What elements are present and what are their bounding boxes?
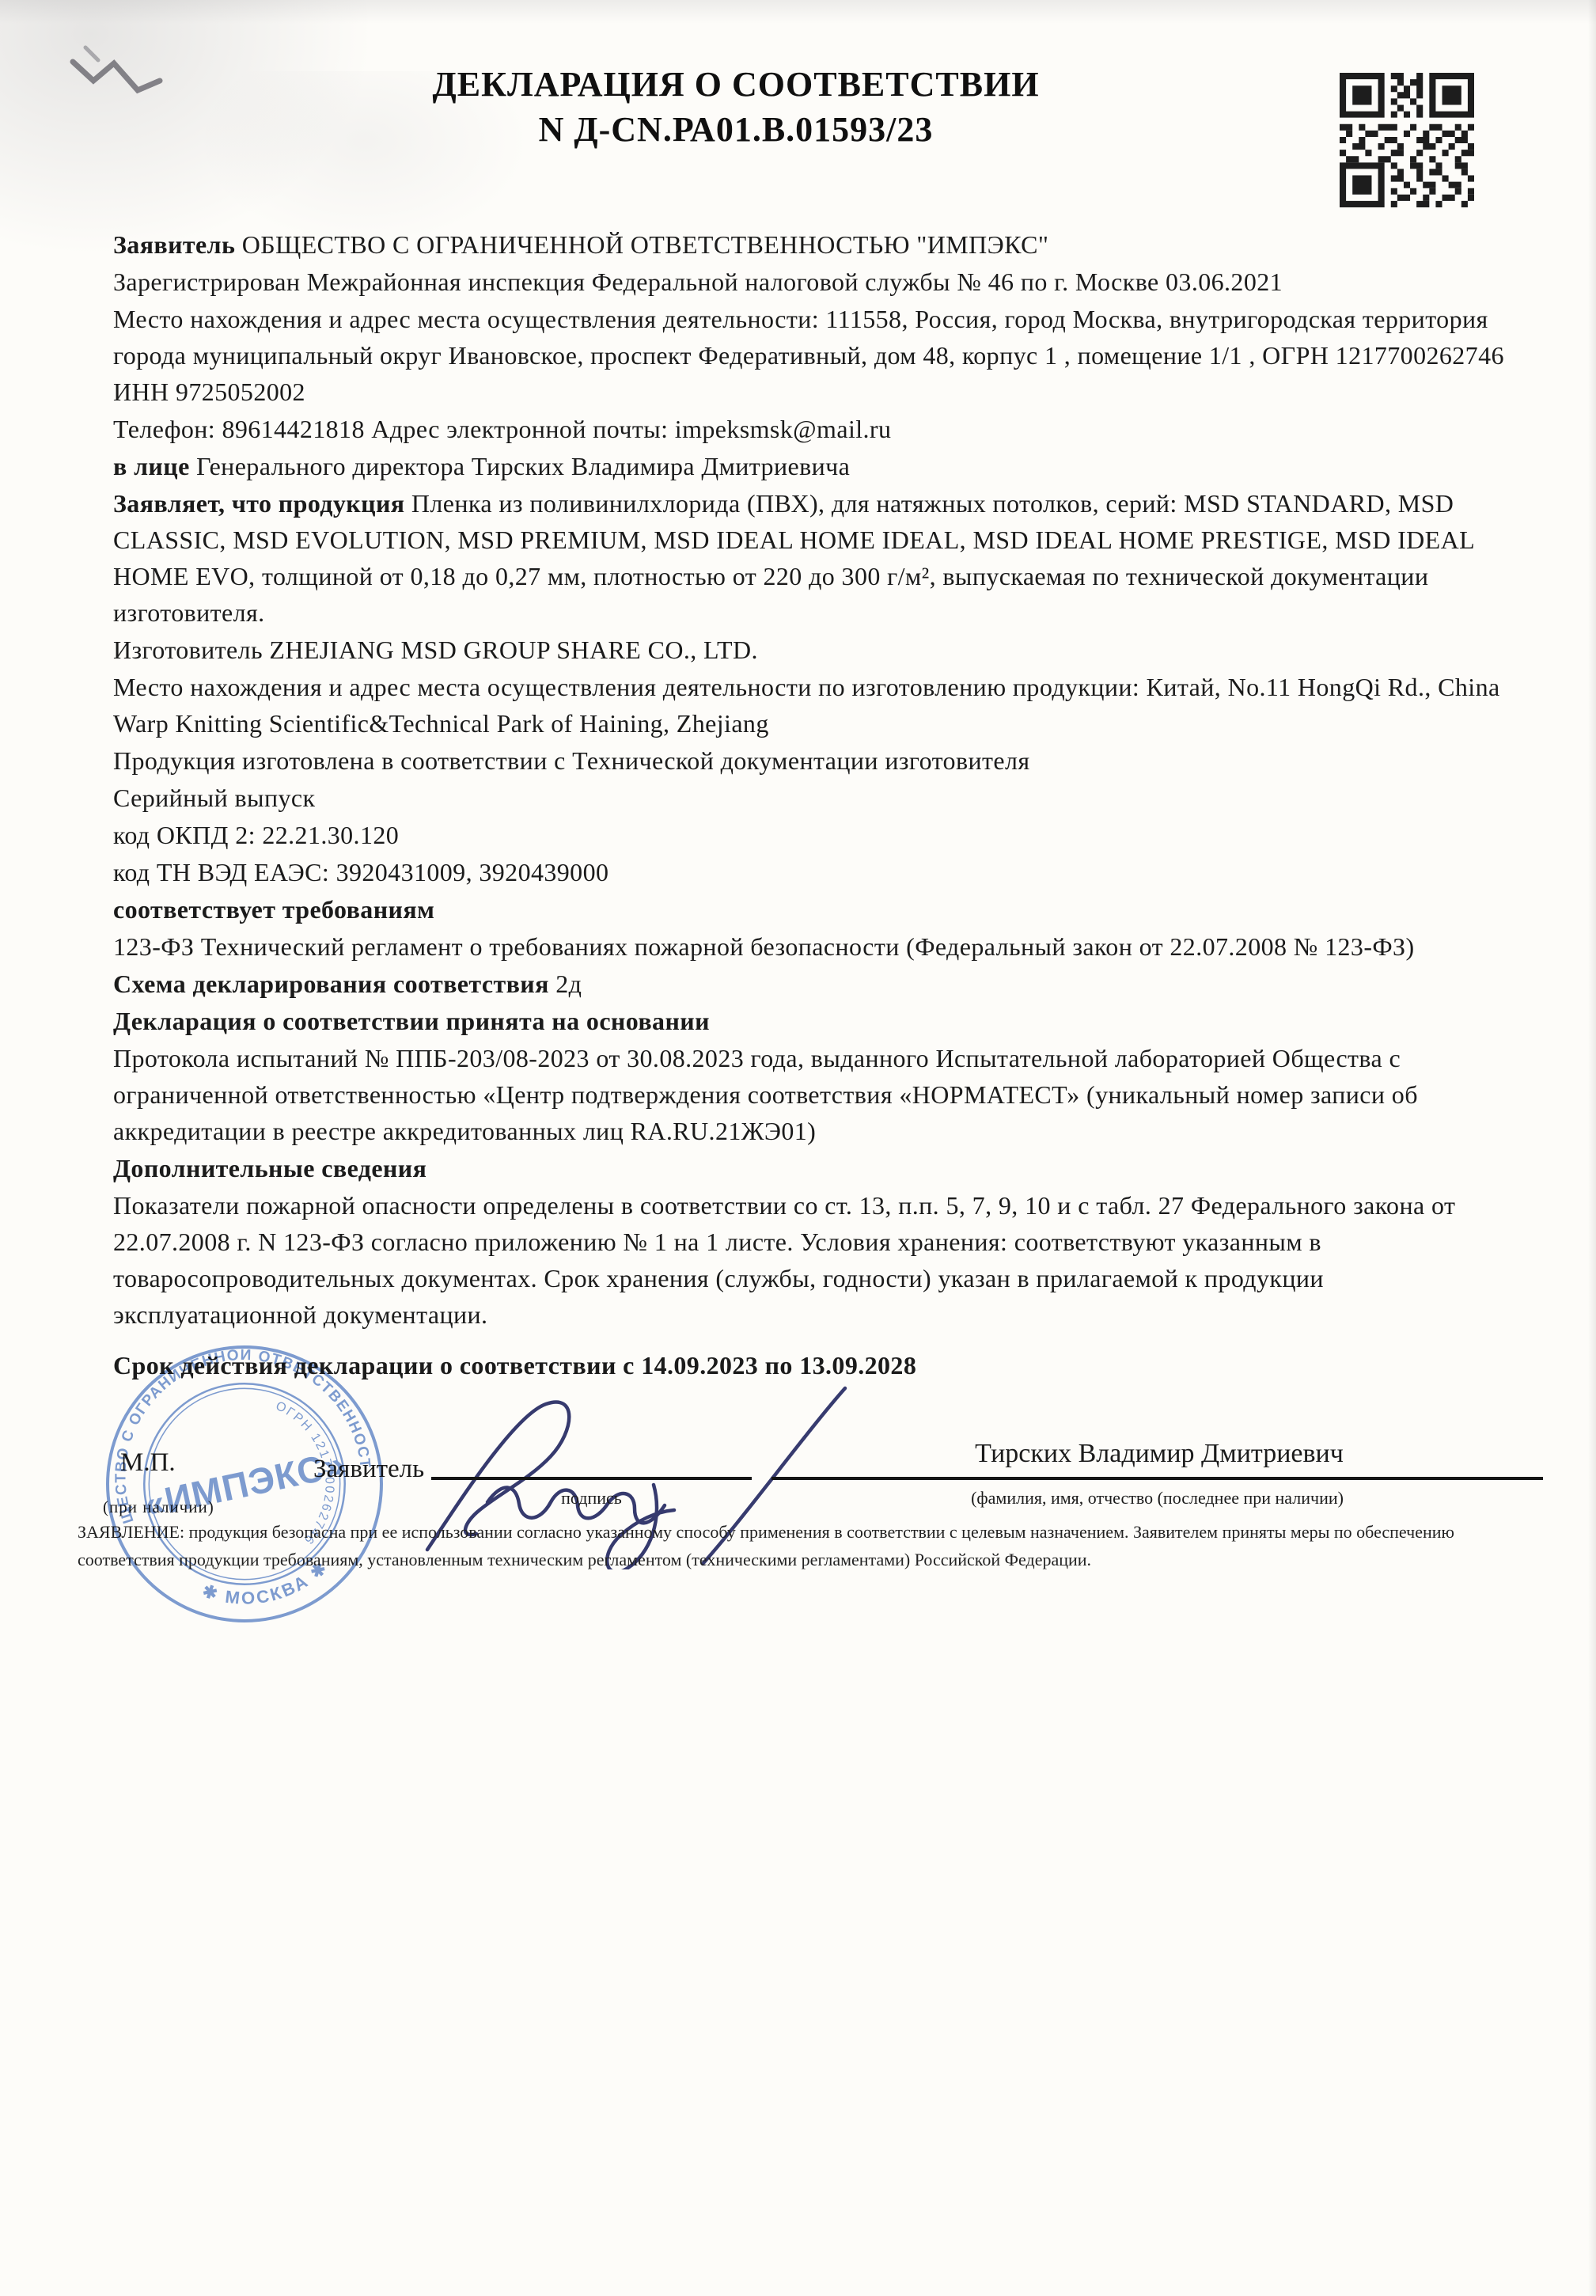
- paragraph-protocol: Протокола испытаний № ППБ-203/08-2023 от…: [113, 1040, 1507, 1149]
- name-line: [771, 1477, 1543, 1480]
- paragraph-serial: Серийный выпуск: [113, 780, 1507, 816]
- qr-code-icon: [1340, 73, 1474, 207]
- heading-additional: Дополнительные сведения: [113, 1150, 1507, 1186]
- document-title: ДЕКЛАРАЦИЯ О СООТВЕТСТВИИ N Д-CN.РА01.В.…: [0, 62, 1472, 152]
- paragraph-contacts: Телефон: 89614421818 Адрес электронной п…: [113, 411, 1507, 447]
- scan-shadow-right: [1588, 0, 1596, 2296]
- name-caption: (фамилия, имя, отчество (последнее при н…: [771, 1488, 1543, 1509]
- paragraph-applicant: Заявитель ОБЩЕСТВО С ОГРАНИЧЕННОЙ ОТВЕТС…: [113, 226, 1507, 263]
- paragraph-scheme: Схема декларирования соответствия 2д: [113, 966, 1507, 1002]
- heading-requirements: соответствует требованиям: [113, 891, 1507, 928]
- signatory-name: Тирских Владимир Дмитриевич: [775, 1439, 1543, 1469]
- paragraph-tnved: код ТН ВЭД ЕАЭС: 3920431009, 3920439000: [113, 854, 1507, 890]
- signature-caption: подпись: [431, 1488, 752, 1509]
- paragraph-address: Место нахождения и адрес места осуществл…: [113, 301, 1507, 410]
- declaration-document: ДЕКЛАРАЦИЯ О СООТВЕТСТВИИ N Д-CN.РА01.В.…: [0, 0, 1596, 2296]
- heading-basis: Декларация о соответствии принята на осн…: [113, 1003, 1507, 1039]
- paragraph-made-according: Продукция изготовлена в соответствии с Т…: [113, 742, 1507, 779]
- paragraph-fire-safety: Показатели пожарной опасности определены…: [113, 1187, 1507, 1333]
- paragraph-okpd: код ОКПД 2: 22.21.30.120: [113, 817, 1507, 853]
- company-round-stamp: ОБЩЕСТВО С ОГРАНИЧЕННОЙ ОТВЕТСТВЕННОСТЬЮ…: [101, 1341, 388, 1627]
- document-body: Заявитель ОБЩЕСТВО С ОГРАНИЧЕННОЙ ОТВЕТС…: [113, 226, 1507, 1384]
- signature-line: [431, 1477, 752, 1480]
- document-number: N Д-CN.РА01.В.01593/23: [0, 107, 1472, 152]
- paragraph-manufacturer-address: Место нахождения и адрес места осуществл…: [113, 669, 1507, 742]
- paragraph-director: в лице Генерального директора Тирских Вл…: [113, 448, 1507, 484]
- paragraph-registration: Зарегистрирован Межрайонная инспекция Фе…: [113, 264, 1507, 300]
- document-title-line1: ДЕКЛАРАЦИЯ О СООТВЕТСТВИИ: [0, 62, 1472, 107]
- paragraph-manufacturer: Изготовитель ZHEJIANG MSD GROUP SHARE CO…: [113, 632, 1507, 668]
- svg-text:✱ МОСКВА ✱: ✱ МОСКВА ✱: [196, 1554, 336, 1619]
- stamp-city-text: ✱ МОСКВА ✱: [196, 1554, 336, 1619]
- paragraph-123fz: 123-ФЗ Технический регламент о требовани…: [113, 928, 1507, 965]
- paragraph-product: Заявляет, что продукция Пленка из поливи…: [113, 485, 1507, 631]
